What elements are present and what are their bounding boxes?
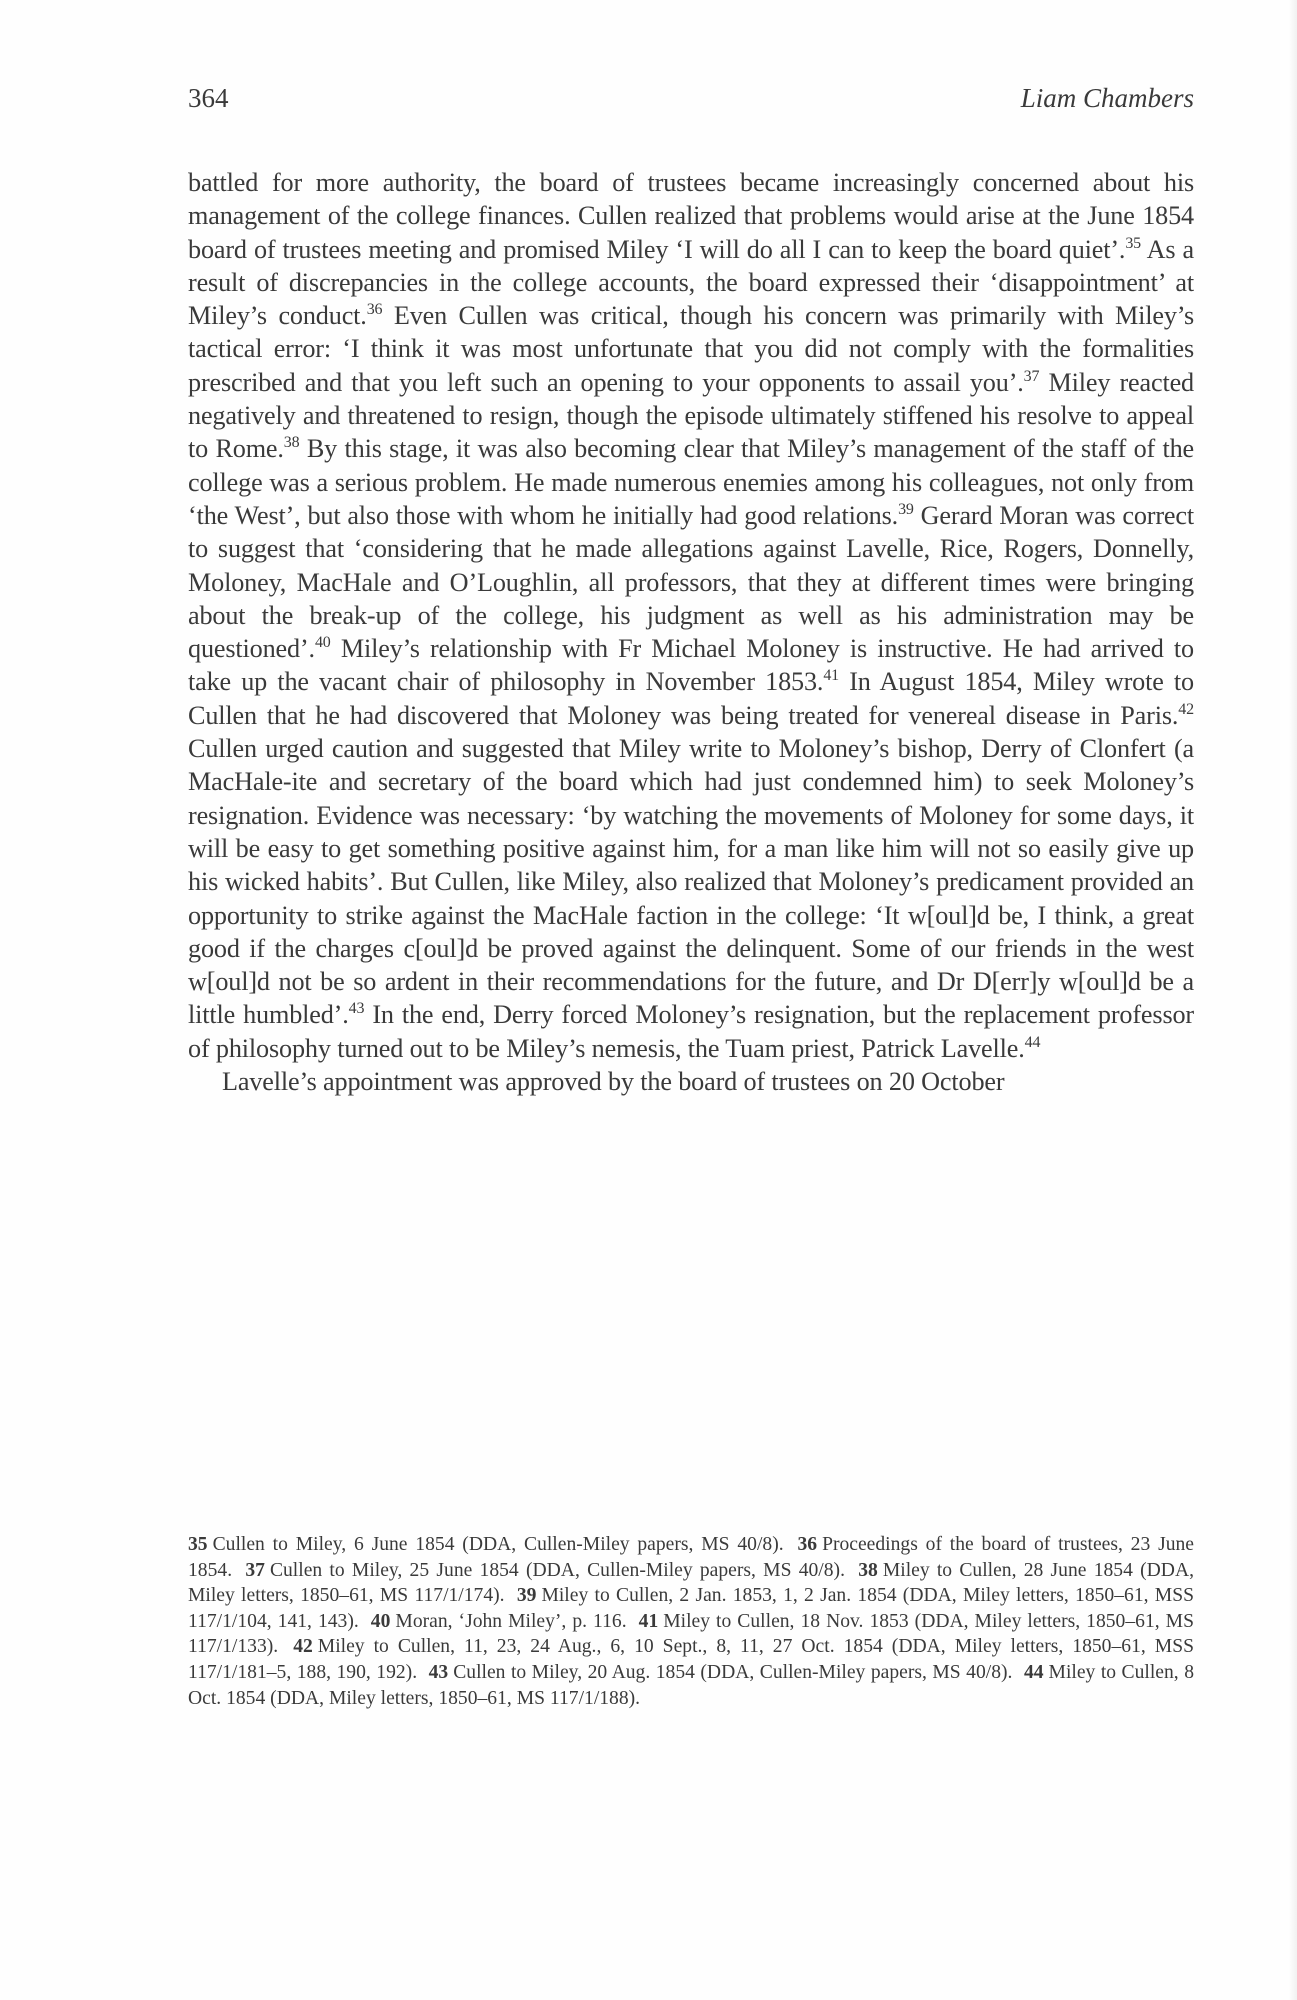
footnote-reference[interactable]: 41 [823,667,839,684]
footnote-35: 35Cullen to Miley, 6 June 1854 (DDA, Cul… [188,1534,784,1555]
footnote-reference[interactable]: 40 [315,634,331,651]
footnote-reference[interactable]: 39 [898,501,914,518]
footnote-37: 37Cullen to Miley, 25 June 1854 (DDA, Cu… [245,1560,845,1581]
footnote-43: 43Cullen to Miley, 20 Aug. 1854 (DDA, Cu… [429,1662,1013,1683]
footnote-reference[interactable]: 37 [1024,368,1040,385]
footnote-40: 40Moran, ‘John Miley’, p. 116. [371,1611,627,1632]
body-text: battled for more authority, the board of… [188,166,1194,1098]
footnote-number: 38 [858,1560,878,1581]
footnote-text: Cullen to Miley, 25 June 1854 (DDA, Cull… [270,1560,845,1581]
paragraph: battled for more authority, the board of… [188,166,1194,1065]
paragraph: Lavelle’s appointment was approved by th… [188,1065,1194,1098]
text-run: battled for more authority, the board of… [188,168,1194,264]
footnote-number: 39 [517,1585,537,1606]
running-head: 364 Liam Chambers [188,78,1194,118]
footnote-number: 42 [293,1636,313,1657]
footnote-text: Moran, ‘John Miley’, p. 116. [395,1611,626,1632]
footnote-reference[interactable]: 38 [284,434,300,451]
footnote-number: 40 [371,1611,391,1632]
running-head-author: Liam Chambers [1021,78,1194,118]
footnote-reference[interactable]: 42 [1178,701,1194,718]
text-run: Cullen urged caution and suggested that … [188,734,1194,1029]
page-number: 364 [188,78,229,118]
footnote-reference[interactable]: 43 [349,1000,365,1017]
footnote-number: 44 [1024,1662,1044,1683]
footnote-number: 36 [797,1534,817,1555]
page-edge-shadow [1289,0,1297,2000]
footnote-number: 41 [639,1611,659,1632]
footnotes: 35Cullen to Miley, 6 June 1854 (DDA, Cul… [188,1532,1194,1711]
footnote-reference[interactable]: 44 [1025,1034,1041,1051]
footnote-reference[interactable]: 36 [367,301,383,318]
footnote-reference[interactable]: 35 [1125,235,1141,252]
footnote-number: 37 [245,1560,265,1581]
footnote-text: Cullen to Miley, 6 June 1854 (DDA, Culle… [213,1534,784,1555]
footnote-text: Cullen to Miley, 20 Aug. 1854 (DDA, Cull… [453,1662,1012,1683]
footnote-number: 43 [429,1662,449,1683]
footnote-number: 35 [188,1534,208,1555]
